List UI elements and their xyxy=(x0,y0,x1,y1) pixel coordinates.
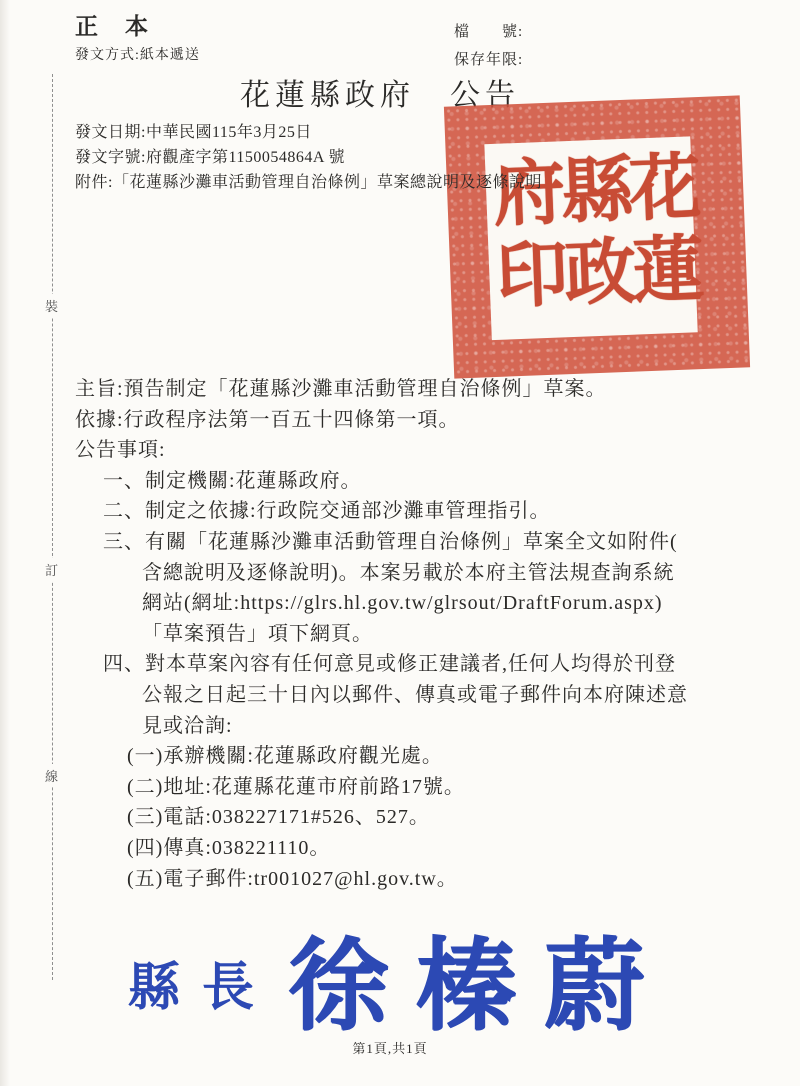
retention-period-label: 保存年限: xyxy=(454,48,523,69)
delivery-method: 發文方式:紙本遞送 xyxy=(75,44,200,64)
body-line-item3-cont1: 含總說明及逐條說明)。本案另載於本府主管法規查詢系統 xyxy=(75,558,735,589)
binding-dashed-line xyxy=(52,74,53,980)
body-line-item3-url: 網站(網址:https://glrs.hl.gov.tw/glrsout/Dra… xyxy=(75,588,735,619)
document-meta: 發文日期:中華民國115年3月25日 發文字號:府觀產字第1150054864A… xyxy=(75,120,542,195)
issue-date: 發文日期:中華民國115年3月25日 xyxy=(75,120,542,145)
body-line-subject: 主旨:預告制定「花蓮縣沙灘車活動管理自治條例」草案。 xyxy=(75,374,735,405)
body-line-contact-phone: (三)電話:038227171#526、527。 xyxy=(75,802,735,833)
binding-mark-xian: 線 xyxy=(45,764,58,787)
body-line-item1: 一、制定機關:花蓮縣政府。 xyxy=(75,466,735,497)
binding-mark-zhuang: 裝 xyxy=(45,294,58,317)
body-line-basis: 依據:行政程序法第一百五十四條第一項。 xyxy=(75,405,735,436)
body-line-item4: 四、對本草案內容有任何意見或修正建議者,任何人均得於刊登 xyxy=(75,649,735,680)
signature-name: 徐榛蔚 xyxy=(288,905,672,1049)
body-line-contact-email: (五)電子郵件:tr001027@hl.gov.tw。 xyxy=(75,864,735,895)
body-line-item3: 三、有關「花蓮縣沙灘車活動管理自治條例」草案全文如附件( xyxy=(75,527,735,558)
signature-title: 縣長 xyxy=(128,945,276,1020)
body-line-contact-address: (二)地址:花蓮縣花蓮市府前路17號。 xyxy=(75,772,735,803)
copy-label: 正 本 xyxy=(75,8,150,41)
document-number: 發文字號:府觀產字第1150054864A 號 xyxy=(75,145,542,170)
body-line-item4-cont1: 公報之日起三十日內以郵件、傳真或電子郵件向本府陳述意 xyxy=(75,680,735,711)
announcement-body: 主旨:預告制定「花蓮縣沙灘車活動管理自治條例」草案。 依據:行政程序法第一百五十… xyxy=(75,374,735,894)
binding-mark-ding: 訂 xyxy=(45,558,58,581)
body-line-item3-cont2: 「草案預告」項下網頁。 xyxy=(75,619,735,650)
signature-stamp: 縣長 徐榛蔚 xyxy=(128,905,672,1040)
body-line-contact-fax: (四)傳真:038221110。 xyxy=(75,833,735,864)
body-line-items-header: 公告事項: xyxy=(75,435,735,466)
attachment-note: 附件:「花蓮縣沙灘車活動管理自治條例」草案總說明及逐條說明 xyxy=(75,170,542,195)
file-number-label: 檔 號: xyxy=(454,20,523,41)
body-line-contact-agency: (一)承辦機關:花蓮縣政府觀光處。 xyxy=(75,741,735,772)
body-line-item2: 二、制定之依據:行政院交通部沙灘車管理指引。 xyxy=(75,496,735,527)
document-page: 正 本 發文方式:紙本遞送 檔 號: 保存年限: 花蓮縣政府 公告 裝 訂 線 … xyxy=(0,0,800,1086)
body-line-item4-cont2: 見或洽詢: xyxy=(75,711,735,742)
delivery-method-text: 發文方式:紙本遞送 xyxy=(75,48,200,63)
